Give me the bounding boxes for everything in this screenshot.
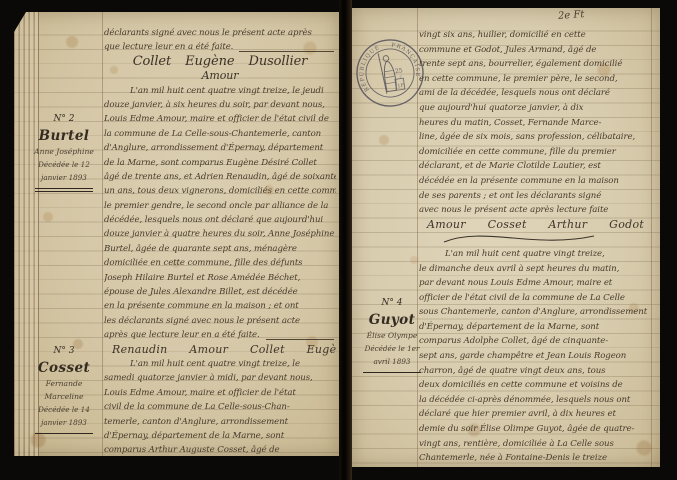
- manuscript-line: d'Épernay, département de la Marne, sont: [104, 429, 336, 443]
- manuscript-line: civil de la commune de La Celle-sous-Cha…: [104, 400, 336, 414]
- manuscript-line: domiciliée en cette commune, fille du pr…: [419, 145, 655, 160]
- margin-note-guyot: N° 4 Guyot Élise Olympe Décédée le 1er a…: [356, 296, 428, 373]
- acte-number: N° 2: [26, 112, 102, 127]
- manuscript-line: que lecture leur en a été faite.: [104, 40, 336, 54]
- death-date-note: Décédée le 12 janvier 1893: [26, 158, 102, 184]
- manuscript-line: de la Marne, sont comparus Eugène Désiré…: [104, 156, 336, 170]
- signature-line: Amour Cosset Arthur Godot: [419, 218, 655, 233]
- manuscript-line: décédée, lesquels nous ont déclaré que a…: [104, 213, 336, 227]
- deceased-given-names: Élise Olympe: [356, 329, 428, 342]
- manuscript-line: comparus Arthur Auguste Cosset, âgé de: [104, 443, 336, 454]
- corner-shadow: [14, 12, 26, 32]
- manuscript-line: les déclarants signé avec nous le présen…: [104, 314, 336, 328]
- acte-text-right: vingt six ans, huilier, domicilié en cet…: [419, 28, 655, 466]
- manuscript-line: officier de l'état civil de la commune d…: [419, 291, 655, 306]
- manuscript-line: comparus Adolphe Collet, âgé de cinquant…: [419, 334, 655, 349]
- signature-line: Collet Eugène Dusollier: [104, 55, 336, 69]
- death-date-note: Décédée le 14 janvier 1893: [26, 403, 102, 429]
- manuscript-line: la décédée ci-après dénommée, lesquels n…: [419, 393, 655, 408]
- book-gutter: [339, 0, 352, 480]
- manuscript-line: décédée en la présente commune en la mai…: [419, 174, 655, 189]
- manuscript-line: Joseph Hilaire Burtel et Rose Amédée Béc…: [104, 271, 336, 285]
- manuscript-line: vingt six ans, huilier, domicilié en cet…: [419, 28, 655, 43]
- manuscript-line: heures du matin, Cosset, Fernande Marce-: [419, 116, 655, 131]
- margin-note-cosset: N° 3 Cosset Fernande Marceline Décédée l…: [26, 344, 102, 434]
- manuscript-line: samedi quatorze janvier à midi, par deva…: [104, 371, 336, 385]
- manuscript-line: âgé de trente ans, et Adrien Renaudin, â…: [104, 170, 336, 184]
- margin-underline: [35, 188, 93, 192]
- manuscript-line: Chantemerle, née à Fontaine-Denis le tre…: [419, 451, 655, 466]
- manuscript-line: le dimanche deux avril à sept heures du …: [419, 262, 655, 277]
- manuscript-line: en cette commune, le premier père, le se…: [419, 72, 655, 87]
- manuscript-line: ami de la décédée, lesquels nous ont déc…: [419, 86, 655, 101]
- manuscript-line: avec nous le présent acte après lecture …: [419, 203, 655, 218]
- manuscript-line: line, âgée de six mois, sans profession,…: [419, 130, 655, 145]
- manuscript-line: le premier gendre, le second oncle par a…: [104, 199, 336, 213]
- manuscript-line: de ses parents ; et ont les déclarants s…: [419, 189, 655, 204]
- manuscript-line: Louis Edme Amour, maire et officier de l…: [104, 112, 336, 126]
- acte-number: N° 3: [26, 344, 102, 359]
- acte-text-left: déclarants signé avec nous le présent ac…: [104, 26, 336, 454]
- manuscript-line: après que lecture leur en a été faite.: [104, 328, 336, 342]
- manuscript-line: d'Anglure, arrondissement d'Épernay, dép…: [104, 141, 336, 155]
- folio-marker: 2e Ft: [558, 9, 585, 22]
- manuscript-line: L'an mil huit cent quatre vingt treize, …: [104, 84, 336, 98]
- manuscript-line: épouse de Jules Alexandre Billet, est dé…: [104, 285, 336, 299]
- deceased-surname: Cosset: [26, 359, 102, 377]
- register-page-left: N° 2 Burtel Anne Joséphine Décédée le 12…: [14, 12, 339, 456]
- manuscript-line: par devant nous Louis Edme Amour, maire …: [419, 276, 655, 291]
- manuscript-line: trente sept ans, bourrelier, également d…: [419, 57, 655, 72]
- manuscript-line: douze janvier, à six heures du soir, par…: [104, 98, 336, 112]
- manuscript-line: commune et Godot, Jules Armand, âgé de: [419, 43, 655, 58]
- deceased-given-names: Fernande Marceline: [26, 377, 102, 403]
- manuscript-line: sept ans, garde champêtre et Jean Louis …: [419, 349, 655, 364]
- manuscript-line: déclarant, et de Marie Clotilde Lautier,…: [419, 159, 655, 174]
- deceased-surname: Guyot: [356, 311, 428, 329]
- manuscript-line: sous Chantemerle, canton d'Anglure, arro…: [419, 305, 655, 320]
- manuscript-line: temerle, canton d'Anglure, arrondissemen…: [104, 415, 336, 429]
- margin-rule: [102, 12, 103, 456]
- manuscript-line: Burtel, âgée de quarante sept ans, ménag…: [104, 242, 336, 256]
- signature-line: Renaudin Amour Collet Eugène: [104, 343, 336, 357]
- register-page-right: 2e Ft RÉPUBLIQUE FRANÇAISE 25 c 1F N° 4: [352, 8, 660, 467]
- scanned-register-spread: N° 2 Burtel Anne Joséphine Décédée le 12…: [0, 0, 677, 480]
- deceased-given-names: Anne Joséphine: [26, 145, 102, 158]
- manuscript-line: déclaré que hier premier avril, à dix he…: [419, 407, 655, 422]
- manuscript-line: douze janvier à quatre heures du soir, A…: [104, 227, 336, 241]
- manuscript-line: deux domiciliés en cette commune et vois…: [419, 378, 655, 393]
- manuscript-line: que aujourd'hui quatorze janvier, à dix: [419, 101, 655, 116]
- manuscript-line: L'an mil huit cent quatre vingt treize, …: [104, 357, 336, 371]
- manuscript-line: L'an mil huit cent quatre vingt treize,: [419, 247, 655, 262]
- manuscript-line: charron, âgé de quatre vingt deux ans, t…: [419, 364, 655, 379]
- manuscript-line: Louis Edme Amour, maire et officier de l…: [104, 386, 336, 400]
- manuscript-line: en la présente commune en la maison ; et…: [104, 299, 336, 313]
- death-date-note: Décédée le 1er avril 1893: [356, 342, 428, 368]
- manuscript-line: domiciliée en cette commune, fille des d…: [104, 256, 336, 270]
- signature-flourish: [419, 232, 655, 247]
- margin-underline: [363, 372, 421, 373]
- manuscript-line: demie du soir Élise Olimpe Guyot, âgée d…: [419, 422, 655, 437]
- signature-line: Amour: [104, 69, 336, 83]
- manuscript-line: un ans, tous deux vignerons, domiciliés …: [104, 184, 336, 198]
- manuscript-line: vingt ans, rentière, domiciliée à La Cel…: [419, 437, 655, 452]
- deceased-surname: Burtel: [26, 127, 102, 145]
- margin-note-burtel: N° 2 Burtel Anne Joséphine Décédée le 12…: [26, 112, 102, 192]
- manuscript-line: d'Épernay, département de la Marne, sont: [419, 320, 655, 335]
- stamp-tablet: 1F: [397, 83, 405, 90]
- margin-underline: [35, 433, 93, 434]
- acte-number: N° 4: [356, 296, 428, 311]
- manuscript-line: déclarants signé avec nous le présent ac…: [104, 26, 336, 40]
- manuscript-line: la commune de La Celle-sous-Chantemerle,…: [104, 127, 336, 141]
